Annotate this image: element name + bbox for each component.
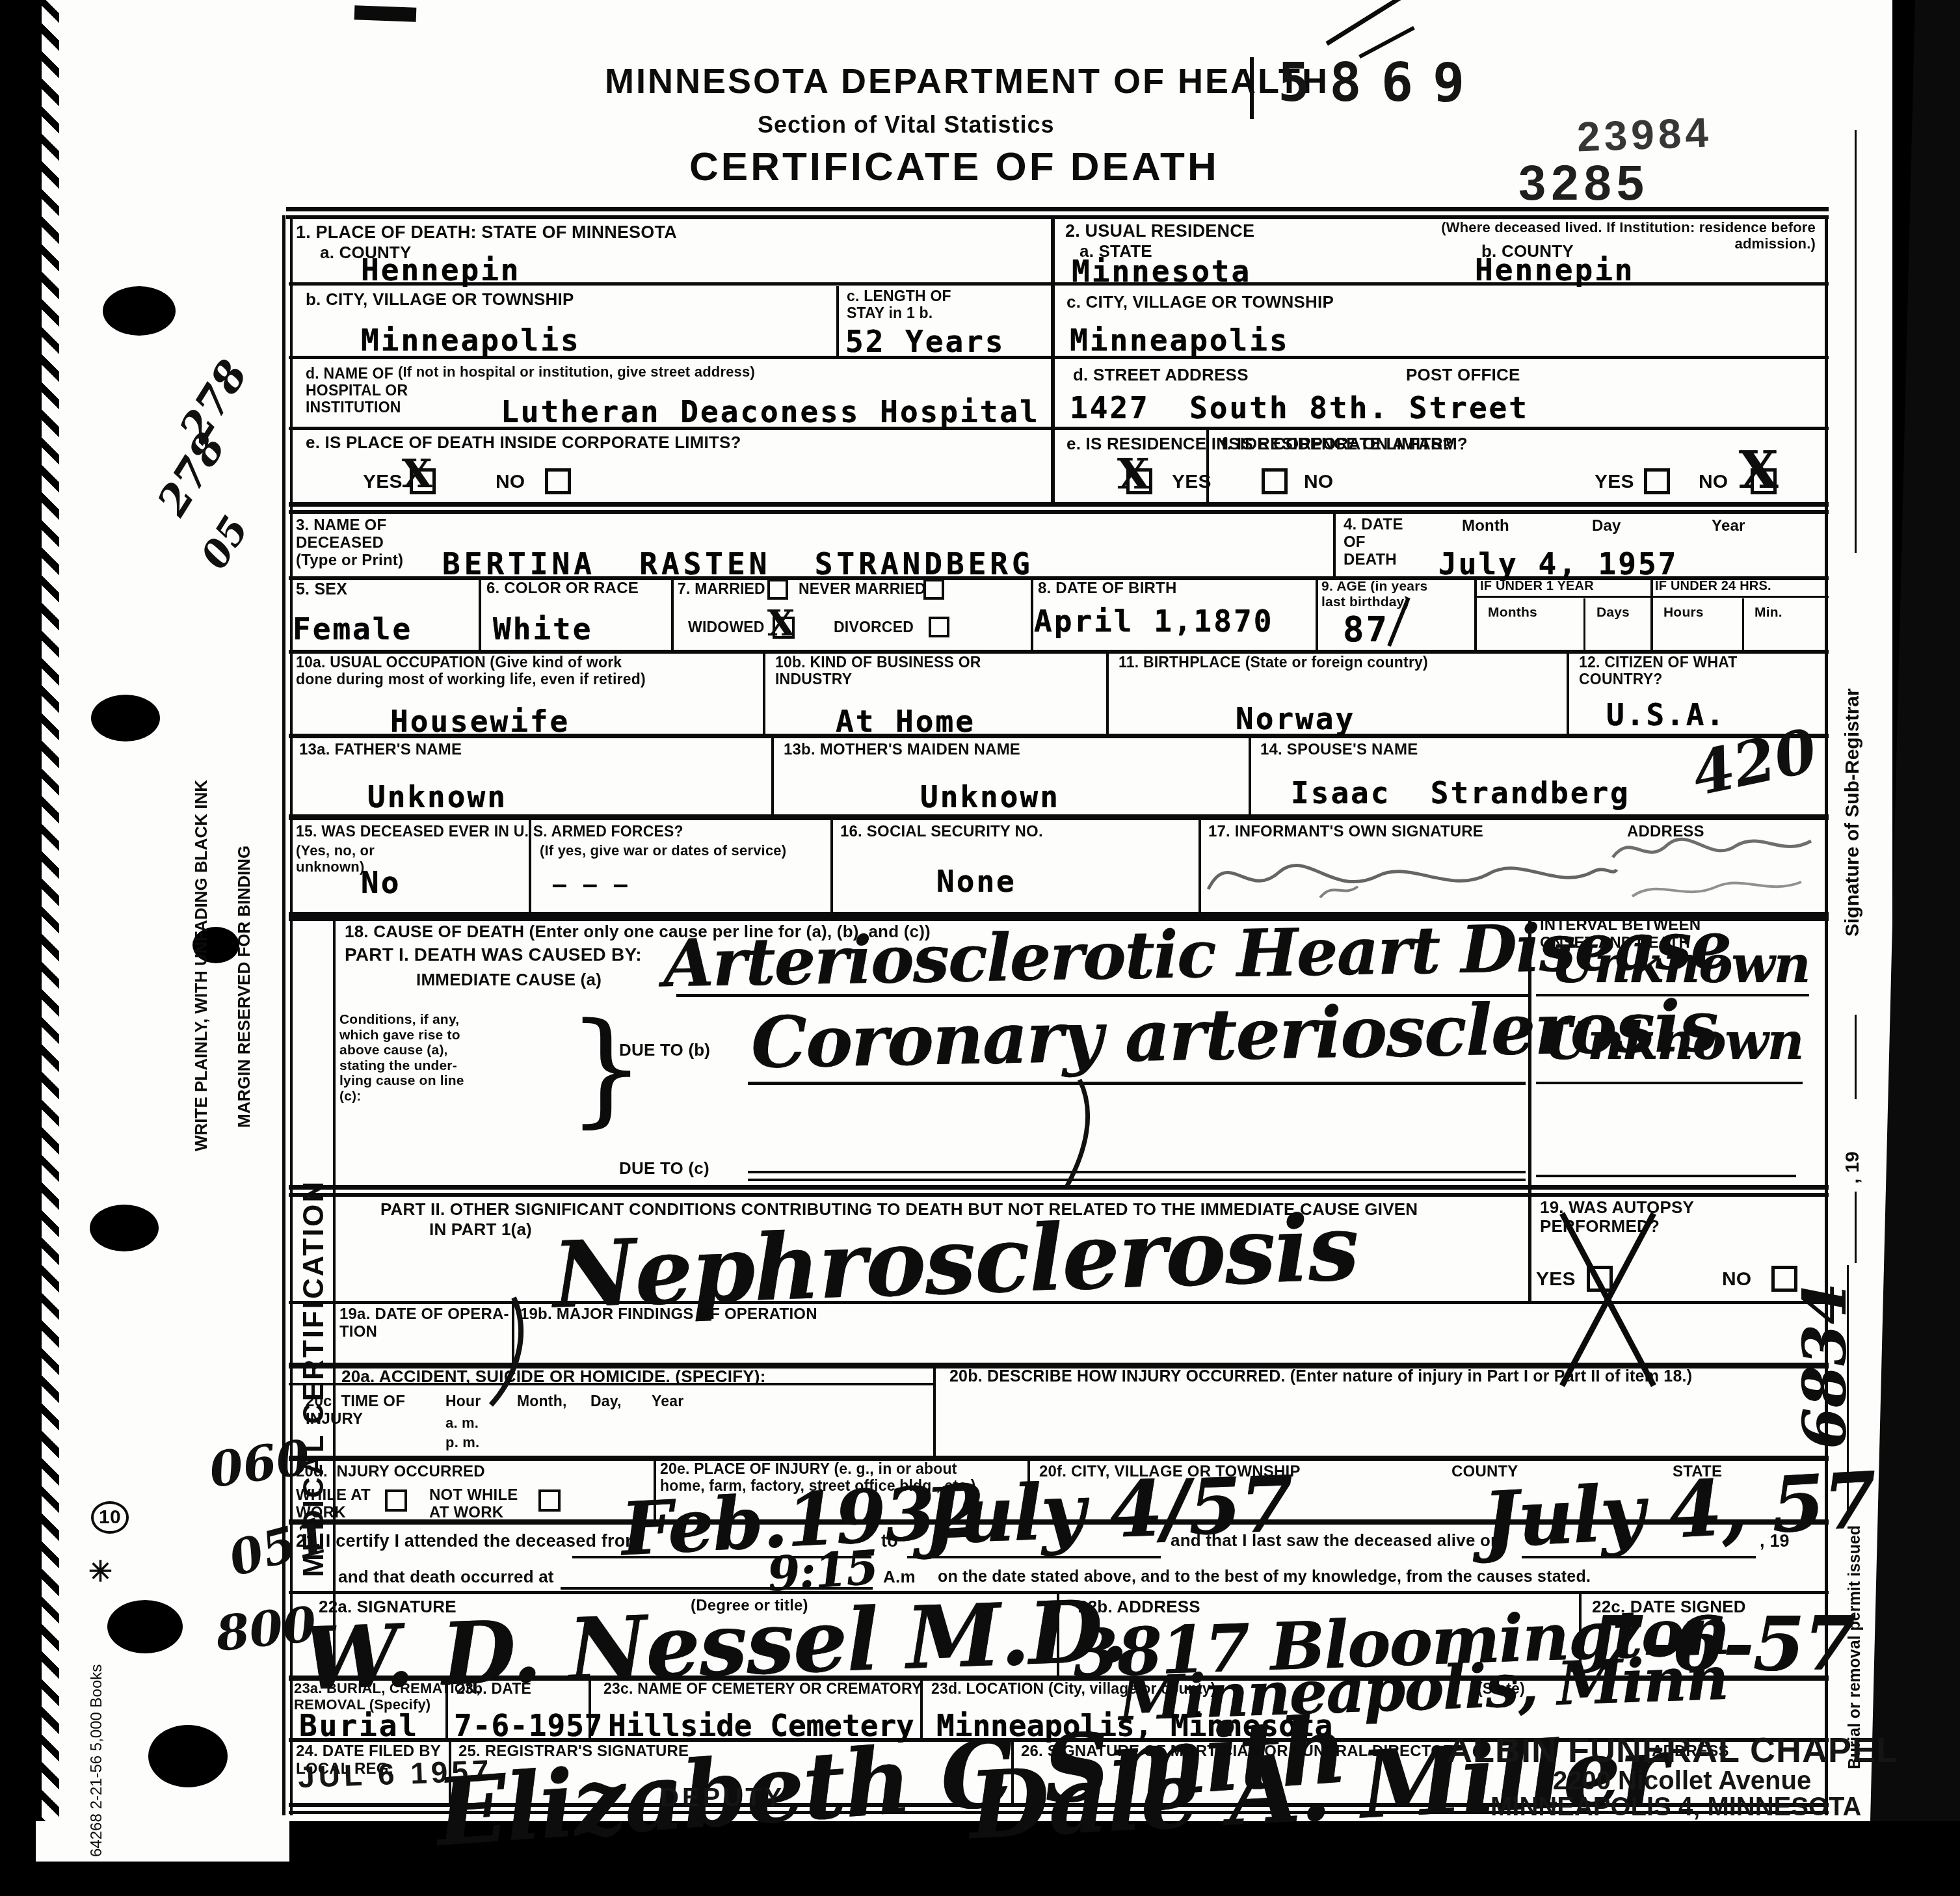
field-2a-value: Minnesota (1072, 254, 1251, 289)
field-10b-label: 10b. KIND OF BUSINESS OR INDUSTRY (775, 654, 981, 688)
torn-left-edge (36, 0, 59, 1821)
armed-forces-value: No (361, 865, 401, 900)
field-1d-label: d. NAME OF HOSPITAL OR INSTITUTION (306, 366, 408, 416)
field-2f-label: f. IS RESIDENCE ON A FARM? (1221, 434, 1468, 453)
mother-name-value: Unknown (920, 779, 1060, 814)
year-blank-label: , 19 (1842, 1106, 1864, 1184)
year-col-label: Year (652, 1393, 683, 1410)
due-to-b-label: DUE TO (b) (619, 1041, 710, 1060)
field-1b-label: b. CITY, VILLAGE OR TOWNSHIP (306, 290, 574, 309)
ink-blob (148, 1725, 228, 1787)
field-2c-value: Minneapolis (1070, 323, 1290, 358)
race-value: White (493, 611, 592, 647)
field-19-no-label: NO (1722, 1268, 1751, 1290)
field-2-label: 2. USUAL RESIDENCE (1065, 221, 1254, 241)
field-1d-value: Lutheran Deaconess Hospital (501, 394, 1040, 429)
field-1e-label: e. IS PLACE OF DEATH INSIDE CORPORATE LI… (306, 433, 741, 452)
hours-label: Hours (1663, 605, 1704, 621)
widowed-x-mark: X (767, 602, 793, 644)
punch-hole (91, 695, 160, 741)
cause-b-descender-stroke (1040, 1080, 1132, 1190)
margin-instruction: WRITE PLAINLY, WITH UNFADING BLACK INK (191, 748, 211, 1151)
field-7-married-label: 7. MARRIED (678, 581, 765, 598)
field-1b-value: Minneapolis (361, 323, 581, 358)
paper-bottom-left-edge (36, 1821, 289, 1862)
field-15-label: 15. WAS DECEASED EVER IN U. S. ARMED FOR… (296, 823, 683, 840)
field-14-label: 14. SPOUSE'S NAME (1260, 741, 1418, 759)
part2-label-2: IN PART 1(a) (429, 1220, 532, 1239)
stamp-tick (1250, 57, 1254, 119)
margin-binding-note: MARGIN RESERVED FOR BINDING (234, 760, 254, 1128)
field-21-am: A.m (883, 1568, 916, 1586)
part2-descender-stroke (468, 1298, 546, 1408)
interval-b-handwriting: Unknown (1544, 1012, 1803, 1071)
field-2e-yes-label: YES (1172, 471, 1212, 493)
field-1c-value: 52 Years (845, 324, 1005, 359)
immediate-cause-label: IMMEDIATE CAUSE (a) (416, 970, 602, 989)
industry-value: At Home (836, 704, 975, 739)
deceased-name-value: BERTINA RASTEN STRANDBERG (442, 546, 1034, 581)
sub-registrar-label: Signature of Sub-Registrar (1842, 572, 1864, 937)
field-13a-label: 13a. FATHER'S NAME (299, 741, 462, 759)
under-24-hrs-label: IF UNDER 24 HRS. (1655, 579, 1771, 593)
burial-value: Burial (299, 1708, 419, 1743)
post-office-label: POST OFFICE (1406, 366, 1520, 384)
month-col-label: Month, (517, 1393, 567, 1410)
ssn-value: None (936, 864, 1016, 899)
circled-number: 10 (91, 1501, 129, 1534)
father-name-value: Unknown (367, 779, 507, 814)
field-7-widowed-label: WIDOWED (688, 619, 765, 636)
field-7-never-label: NEVER MARRIED (799, 581, 926, 598)
section-name: Section of Vital Statistics (758, 112, 1054, 138)
state-sub-label: (State) (1477, 1681, 1525, 1698)
field-1c-label: c. LENGTH OF STAY in 1 b. (847, 288, 951, 322)
under-1-year-label: IF UNDER 1 YEAR (1480, 579, 1594, 593)
field-20a-label: 20a. ACCIDENT, SUICIDE OR HOMICIDE. (SPE… (341, 1367, 766, 1386)
spouse-name-value: Isaac Strandberg (1291, 775, 1630, 810)
punch-hole (103, 286, 176, 336)
field-2e-yes-x: X (1117, 450, 1148, 499)
field-7-divorced-label: DIVORCED (834, 619, 914, 636)
field-1e-no-label: NO (496, 471, 525, 493)
armed-forces-dashes: — — — (553, 872, 629, 898)
field-19b-label: 19b. MAJOR FINDINGS OF OPERATION (520, 1306, 817, 1324)
field-2d-label: d. STREET ADDRESS (1073, 366, 1249, 384)
field-6-label: 6. COLOR OR RACE (486, 580, 639, 598)
conditions-note: Conditions, if any, which gave rise to a… (339, 1012, 464, 1104)
months-label: Months (1488, 605, 1537, 621)
occupation-value: Housewife (390, 704, 570, 739)
birthplace-value: Norway (1236, 701, 1355, 736)
club-mark: ✳ (88, 1556, 113, 1588)
field-19-yes-label: YES (1536, 1268, 1576, 1290)
conditions-brace: } (567, 999, 646, 1138)
field-16-label: 16. SOCIAL SECURITY NO. (840, 823, 1043, 841)
file-number-stamp: 5869 (1278, 52, 1484, 114)
field-1a-value: Hennepin (361, 252, 521, 287)
due-to-c-label: DUE TO (c) (619, 1159, 709, 1178)
sex-value: Female (293, 611, 412, 647)
field-1-label: 1. PLACE OF DEATH: STATE OF MINNESOTA (296, 222, 677, 242)
field-2f-no-x: X (1739, 441, 1777, 500)
field-2f-no-label: NO (1699, 471, 1728, 493)
never-married-checkbox (923, 579, 944, 600)
field-23c-label: 23c. NAME OF CEMETERY OR CREMATORY (603, 1681, 921, 1698)
document-title: CERTIFICATE OF DEATH (689, 144, 1219, 189)
while-at-work-label: WHILE AT WORK (296, 1487, 371, 1522)
scanned-death-certificate: WRITE PLAINLY, WITH UNFADING BLACK INK M… (0, 0, 1960, 1896)
field-4-label: 4. DATE OF DEATH (1344, 516, 1403, 569)
field-10a-label: 10a. USUAL OCCUPATION (Give kind of work… (296, 654, 646, 688)
while-at-work-checkbox (385, 1489, 407, 1512)
field-2e-no-label: NO (1304, 471, 1333, 493)
part1-label: PART I. DEATH WAS CAUSED BY: (345, 944, 642, 965)
field-4-month-label: Month (1462, 518, 1509, 535)
am-label: a. m. (445, 1415, 479, 1432)
date-signed-handwriting: 7-6-57 (1592, 1600, 1855, 1688)
field-11-label: 11. BIRTHPLACE (State or foreign country… (1119, 654, 1428, 671)
field-2b-value: Hennepin (1475, 252, 1635, 287)
funeral-chapel-stamp-2: 2200 Nicollet Avenue (1553, 1767, 1811, 1796)
informant-signature-scribble (1203, 836, 1619, 907)
day-col-label: Day, (590, 1393, 622, 1410)
field-9-label: 9. AGE (in years last birthday) (1321, 579, 1428, 609)
punch-hole (107, 1600, 183, 1653)
stray-mark (354, 5, 417, 21)
field-2c-label: c. CITY, VILLAGE OR TOWNSHIP (1066, 293, 1334, 312)
field-4-year-label: Year (1712, 518, 1745, 535)
divorced-checkbox (929, 617, 949, 637)
age-value: 87 (1343, 609, 1389, 650)
attended-to-handwriting: July 4/57 (922, 1458, 1294, 1562)
field-2d-value: 1427 South 8th. Street (1070, 390, 1529, 425)
married-checkbox (767, 579, 788, 600)
funeral-chapel-stamp-3: MINNEAPOLIS 4, MINNESOTA (1490, 1793, 1861, 1822)
field-8-label: 8. DATE OF BIRTH (1038, 580, 1176, 598)
field-5-label: 5. SEX (296, 580, 347, 598)
registration-stamp-lower: 3285 (1518, 155, 1649, 211)
punch-hole (90, 1205, 159, 1251)
sub-registrar-line (1855, 130, 1857, 553)
field-21-text-1: 21. I certify I attended the deceased fr… (296, 1531, 641, 1551)
funeral-chapel-stamp-1: ALBIN FUNERAL CHAPEL (1447, 1730, 1898, 1770)
field-12-label: 12. CITIZEN OF WHAT COUNTRY? (1579, 654, 1738, 688)
pm-label: p. m. (445, 1435, 479, 1451)
agency-name: MINNESOTA DEPARTMENT OF HEALTH (605, 62, 1329, 101)
days-label: Days (1596, 605, 1630, 621)
field-1e-yes-x: X (402, 451, 431, 497)
date-of-birth-value: April 1,1870 (1034, 604, 1273, 639)
field-1d-note: (If not in hospital or institution, give… (398, 364, 755, 381)
autopsy-no-checkbox (1771, 1266, 1797, 1292)
field-2f-yes-checkbox (1644, 468, 1670, 494)
field-4-day-label: Day (1592, 518, 1621, 535)
field-1e-no-checkbox (545, 468, 571, 494)
field-21-text-3: and that death occurred at (338, 1568, 554, 1586)
hour-label: Hour (445, 1393, 481, 1410)
field-20b-label: 20b. DESCRIBE HOW INJURY OCCURRED. (Ente… (949, 1367, 1814, 1385)
citizenship-value: U.S.A. (1606, 697, 1726, 732)
field-13b-label: 13b. MOTHER'S MAIDEN NAME (784, 741, 1020, 759)
field-23d-label: 23d. LOCATION (City, village or county) (931, 1681, 1216, 1698)
informant-address-scribble (1606, 818, 1821, 916)
year-line (1855, 1015, 1857, 1099)
not-while-at-work-checkbox (538, 1489, 561, 1512)
field-20d-label: 20d. INJURY OCCURRED (296, 1463, 485, 1481)
registration-stamp-upper: 23984 (1576, 108, 1713, 161)
date-of-death-value: July 4, 1957 (1438, 546, 1678, 581)
field-3-label: 3. NAME OF DECEASED (Type or Print) (296, 517, 403, 570)
min-label: Min. (1755, 605, 1782, 621)
year-line (1855, 1192, 1857, 1263)
burial-date-value: 7-6-1957 (454, 1708, 603, 1743)
not-while-at-work-label: NOT WHILE AT WORK (429, 1487, 518, 1522)
field-2f-yes-label: YES (1595, 471, 1634, 493)
field-1e-yes-label: YES (363, 471, 403, 493)
deputy-stamp: DEPUTY (660, 1783, 785, 1813)
field-15-sub2-label: (If yes, give war or dates of service) (540, 843, 819, 859)
field-2e-no-checkbox (1262, 468, 1288, 494)
field-20c-label: 20c. TIME OF INJURY (306, 1393, 405, 1428)
field-23b-label: 23b. DATE (457, 1681, 531, 1698)
